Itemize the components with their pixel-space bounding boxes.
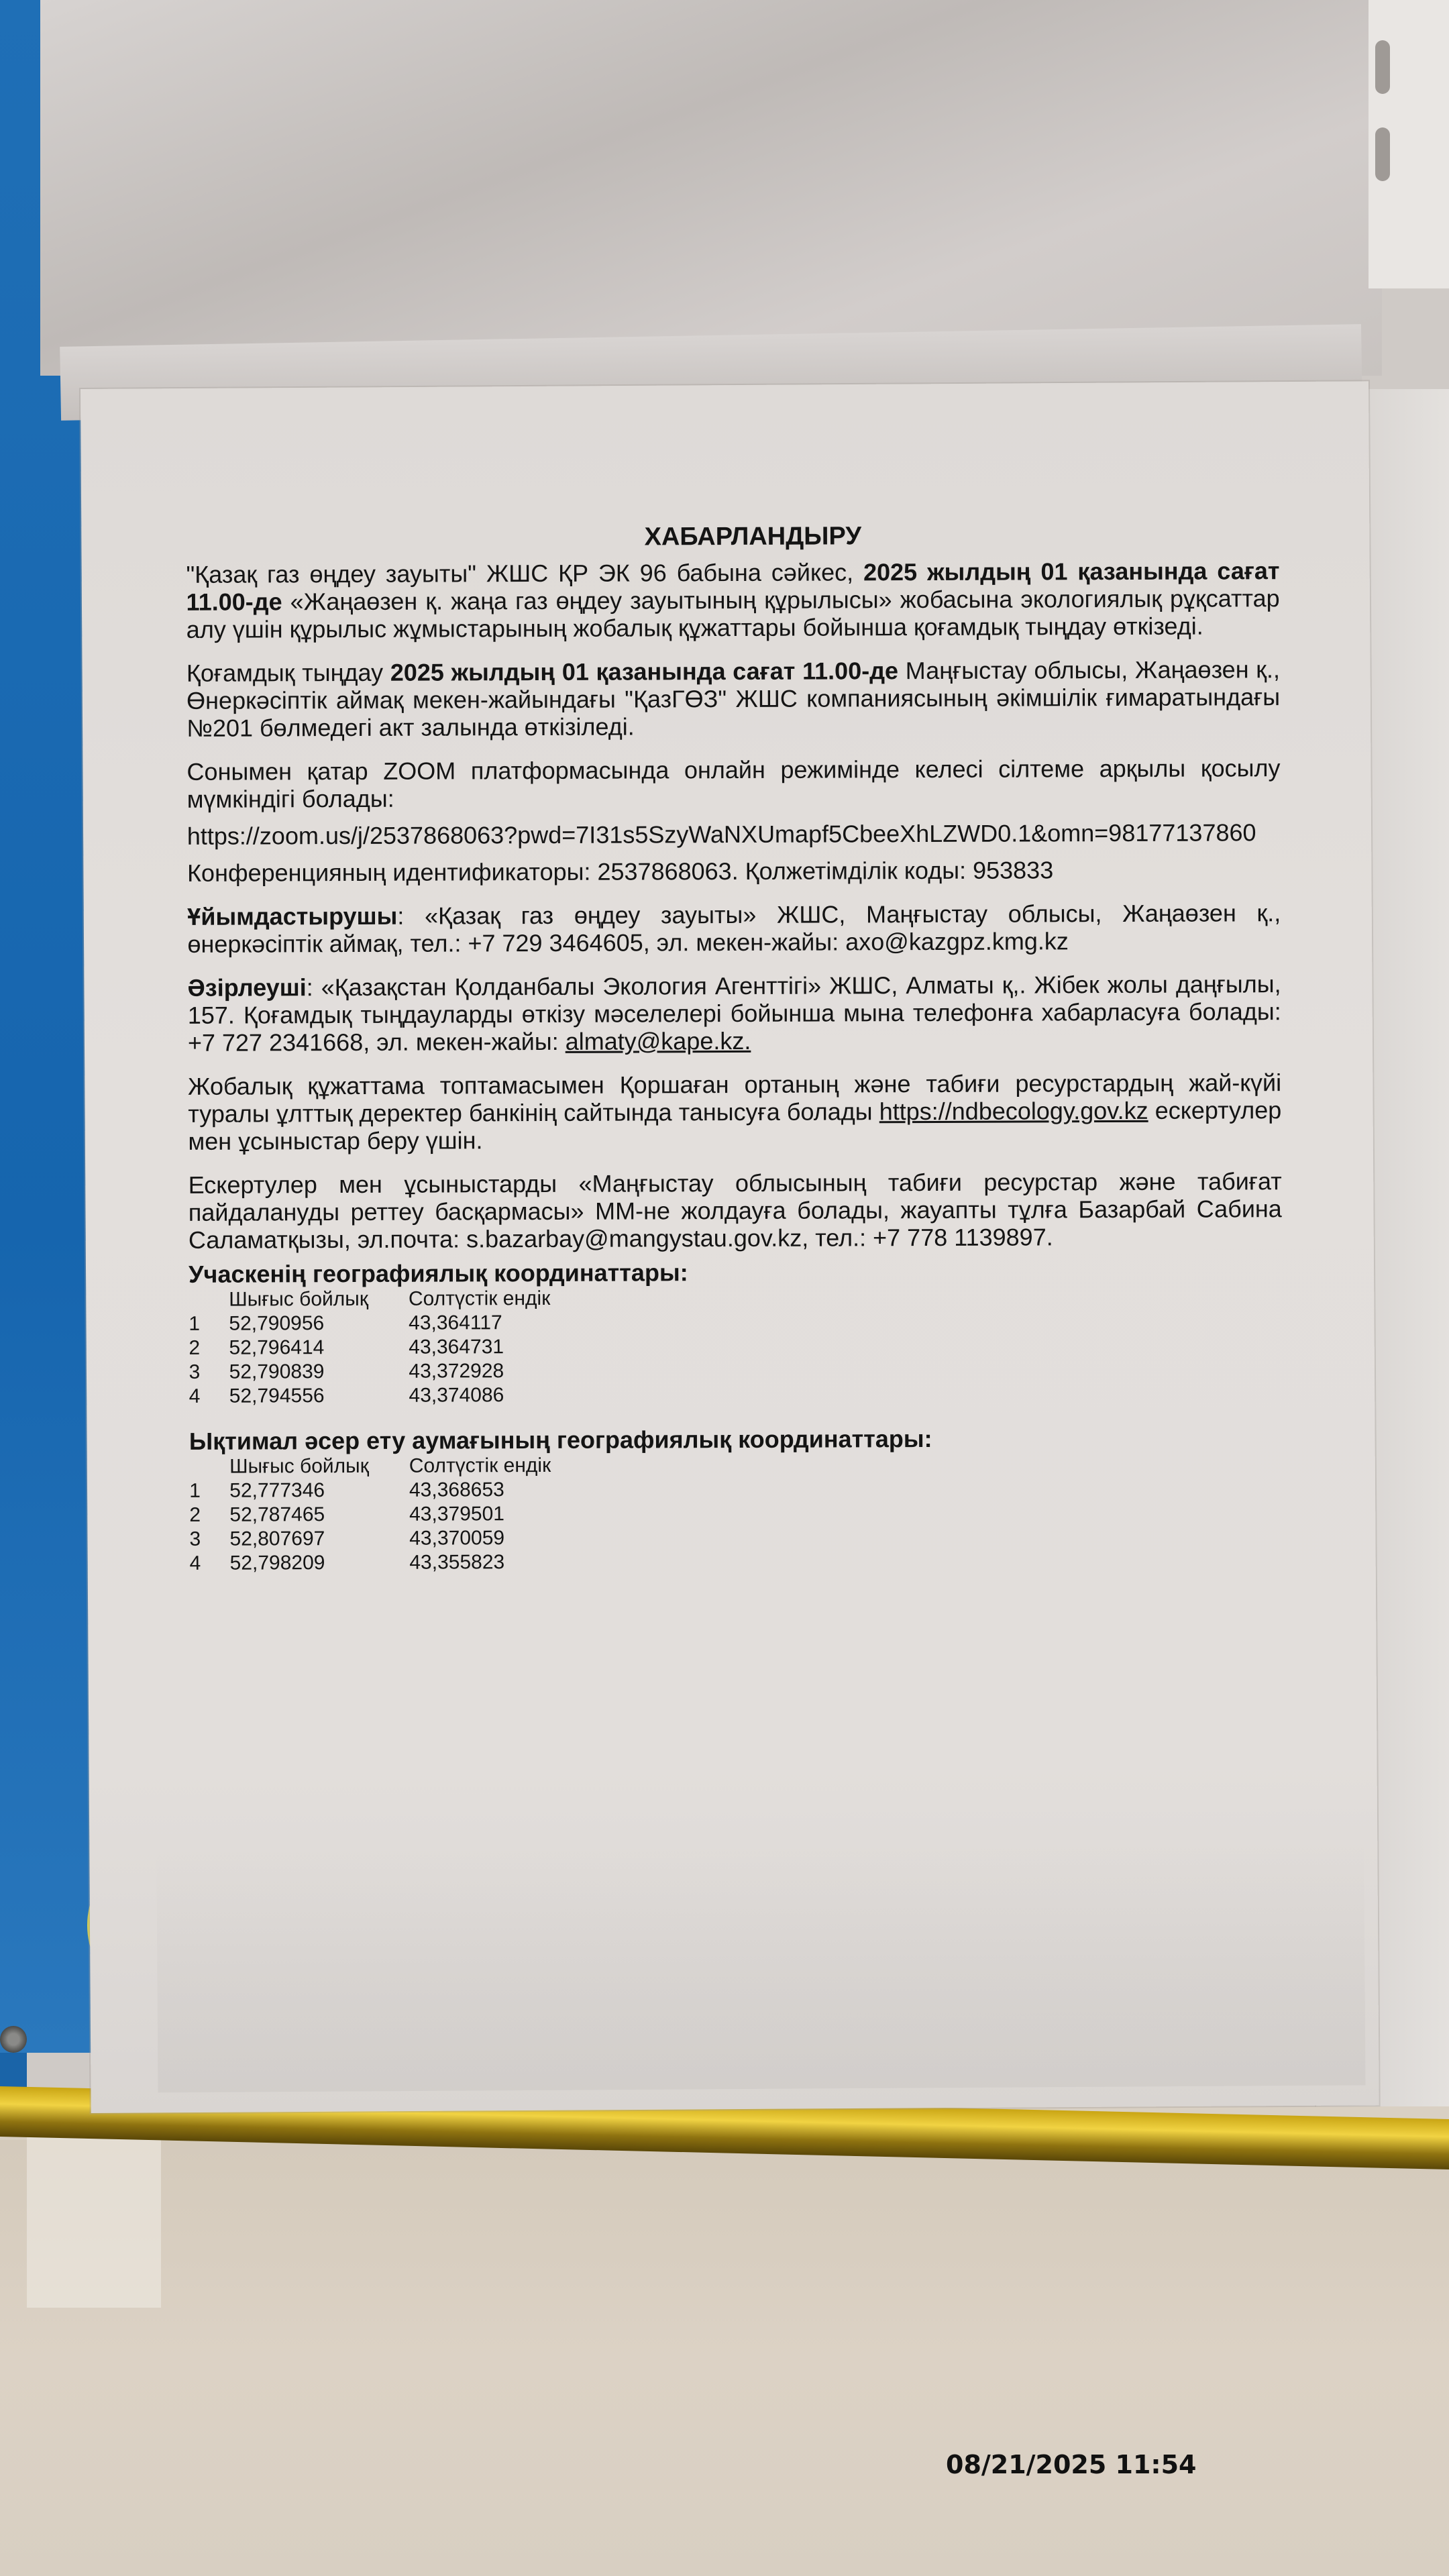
- row-number: 2: [189, 1336, 229, 1360]
- row-number: 3: [189, 1360, 229, 1385]
- latitude-cell: 43,372928: [409, 1359, 590, 1384]
- impact-coords-title: Ықтимал әсер ету аумағының географиялық …: [189, 1424, 1283, 1455]
- longitude-cell: 52,787465: [229, 1503, 409, 1527]
- wall: [0, 2140, 1449, 2576]
- organizer-label: Ұйымдастырушы: [187, 902, 397, 930]
- venue-date: 2025 жылдың 01 қазанында сағат 11.00-де: [390, 657, 898, 686]
- plastic-sleeve: [40, 0, 1382, 376]
- sleeve-glare: [156, 1843, 1365, 2092]
- documents-paragraph: Жобалық құжаттама топтамасымен Қоршаған …: [188, 1069, 1281, 1155]
- table-row: 352,80769743,370059: [189, 1526, 591, 1552]
- row-number: 1: [189, 1479, 229, 1503]
- tape-scrap: [27, 2133, 161, 2308]
- latitude-cell: 43,370059: [409, 1526, 591, 1551]
- binder-hole-icon: [1375, 127, 1390, 181]
- row-number: 2: [189, 1503, 229, 1527]
- impact-coords-table: Шығыс бойлық Солтүстік ендік 152,7773464…: [189, 1454, 592, 1576]
- col-latitude: Солтүстік ендік: [409, 1454, 591, 1479]
- longitude-cell: 52,777346: [229, 1479, 409, 1503]
- table-row: 252,78746543,379501: [189, 1502, 591, 1527]
- latitude-cell: 43,368653: [409, 1478, 591, 1503]
- row-number: 4: [190, 1552, 230, 1576]
- table-row: 152,77734643,368653: [189, 1478, 591, 1503]
- photo-timestamp: 08/21/2025 11:54: [946, 2450, 1196, 2479]
- longitude-cell: 52,807697: [229, 1527, 409, 1552]
- row-number: 1: [189, 1312, 229, 1336]
- ndbecology-link[interactable]: https://ndbecology.gov.kz: [879, 1097, 1148, 1125]
- table-row: 252,79641443,364731: [189, 1335, 590, 1360]
- site-coords-table: Шығыс бойлық Солтүстік ендік 152,7909564…: [189, 1287, 591, 1409]
- developer-email-link[interactable]: almaty@kape.kz.: [566, 1027, 751, 1055]
- table-row: 152,79095643,364117: [189, 1311, 590, 1336]
- latitude-cell: 43,364731: [409, 1335, 590, 1360]
- table-row: 452,79820943,355823: [190, 1550, 592, 1576]
- latitude-cell: 43,364117: [409, 1311, 590, 1336]
- longitude-cell: 52,794556: [229, 1384, 409, 1409]
- developer-paragraph: Әзірлеуші: «Қазақстан Қолданбалы Экологи…: [188, 970, 1281, 1057]
- zoom-paragraph: Сонымен қатар ZOOM платформасында онлайн…: [186, 754, 1280, 813]
- notice-document: ХАБАРЛАНДЫРУ "Қазақ газ өңдеу зауыты" ЖШ…: [186, 521, 1283, 1595]
- notice-title: ХАБАРЛАНДЫРУ: [186, 521, 1279, 553]
- longitude-cell: 52,796414: [229, 1336, 409, 1360]
- intro-paragraph: "Қазақ газ өңдеу зауыты" ЖШС ҚР ЭК 96 ба…: [186, 557, 1279, 643]
- comments-paragraph: Ескертулер мен ұсыныстарды «Маңғыстау об…: [189, 1167, 1282, 1254]
- latitude-cell: 43,355823: [409, 1550, 591, 1575]
- screw-icon: [0, 2026, 27, 2053]
- intro-text: "Қазақ газ өңдеу зауыты" ЖШС ҚР ЭК 96 ба…: [186, 558, 863, 588]
- col-longitude: Шығыс бойлық: [229, 1287, 409, 1312]
- intro-text-cont: «Жаңаөзен қ. жаңа газ өңдеу зауытының құ…: [186, 584, 1280, 643]
- longitude-cell: 52,790956: [229, 1311, 409, 1336]
- col-latitude: Солтүстік ендік: [409, 1287, 590, 1311]
- zoom-link[interactable]: https://zoom.us/j/2537868063?pwd=7I31s5S…: [187, 818, 1281, 850]
- organizer-paragraph: Ұйымдастырушы: «Қазақ газ өңдеу зауыты» …: [187, 899, 1281, 958]
- venue-paragraph: Қоғамдық тыңдау 2025 жылдың 01 қазанында…: [186, 655, 1280, 742]
- table-row: 352,79083943,372928: [189, 1359, 591, 1385]
- site-coords-title: Учаскенің географиялық координаттары:: [189, 1256, 1282, 1288]
- table-row: 452,79455643,374086: [189, 1383, 591, 1409]
- latitude-cell: 43,374086: [409, 1383, 590, 1408]
- longitude-cell: 52,790839: [229, 1360, 409, 1385]
- conference-id: Конференцияның идентификаторы: 253786806…: [187, 855, 1281, 887]
- binder-hole-icon: [1375, 40, 1390, 94]
- row-number: 3: [189, 1527, 229, 1552]
- latitude-cell: 43,379501: [409, 1502, 591, 1527]
- developer-label: Әзірлеуші: [188, 973, 307, 1002]
- longitude-cell: 52,798209: [230, 1551, 410, 1576]
- row-number: 4: [189, 1385, 229, 1409]
- venue-text: Қоғамдық тыңдау: [186, 659, 390, 687]
- col-longitude: Шығыс бойлық: [229, 1454, 409, 1479]
